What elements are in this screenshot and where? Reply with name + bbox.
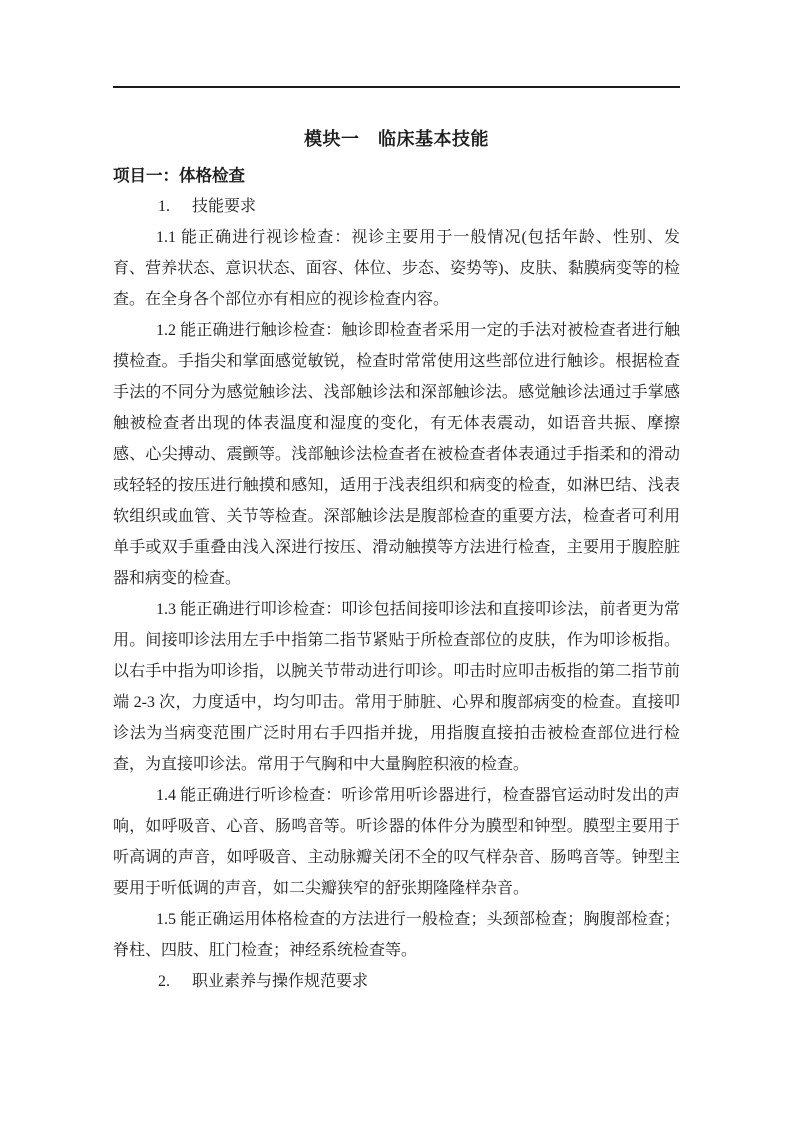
item-label: 职业素养与操作规范要求 <box>192 973 368 990</box>
numbered-item-professionalism: 2.职业素养与操作规范要求 <box>113 966 680 997</box>
section-heading: 项目一：体格检查 <box>113 160 680 191</box>
header-rule <box>113 86 680 88</box>
item-label: 技能要求 <box>192 198 256 215</box>
paragraph-1-3: 1.3 能正确进行叩诊检查：叩诊包括间接叩诊法和直接叩诊法，前者更为常用。间接叩… <box>113 594 680 780</box>
document-body: 模块一 临床基本技能 项目一：体格检查 1.技能要求 1.1 能正确进行视诊检查… <box>113 124 680 997</box>
paragraph-1-1: 1.1 能正确进行视诊检查：视诊主要用于一般情况(包括年龄、性别、发育、营养状态… <box>113 222 680 315</box>
paragraph-1-4: 1.4 能正确进行听诊检查：听诊常用听诊器进行，检查器官运动时发出的声响，如呼吸… <box>113 780 680 904</box>
paragraph-1-2: 1.2 能正确进行触诊检查：触诊即检查者采用一定的手法对被检查者进行触摸检查。手… <box>113 315 680 594</box>
document-title: 模块一 临床基本技能 <box>113 124 680 155</box>
item-number: 2. <box>158 966 192 997</box>
item-number: 1. <box>158 191 192 222</box>
document-page: 模块一 临床基本技能 项目一：体格检查 1.技能要求 1.1 能正确进行视诊检查… <box>0 0 793 1122</box>
paragraph-1-5: 1.5 能正确运用体格检查的方法进行一般检查；头颈部检查；胸腹部检查；脊柱、四肢… <box>113 904 680 966</box>
numbered-item-skills: 1.技能要求 <box>113 191 680 222</box>
